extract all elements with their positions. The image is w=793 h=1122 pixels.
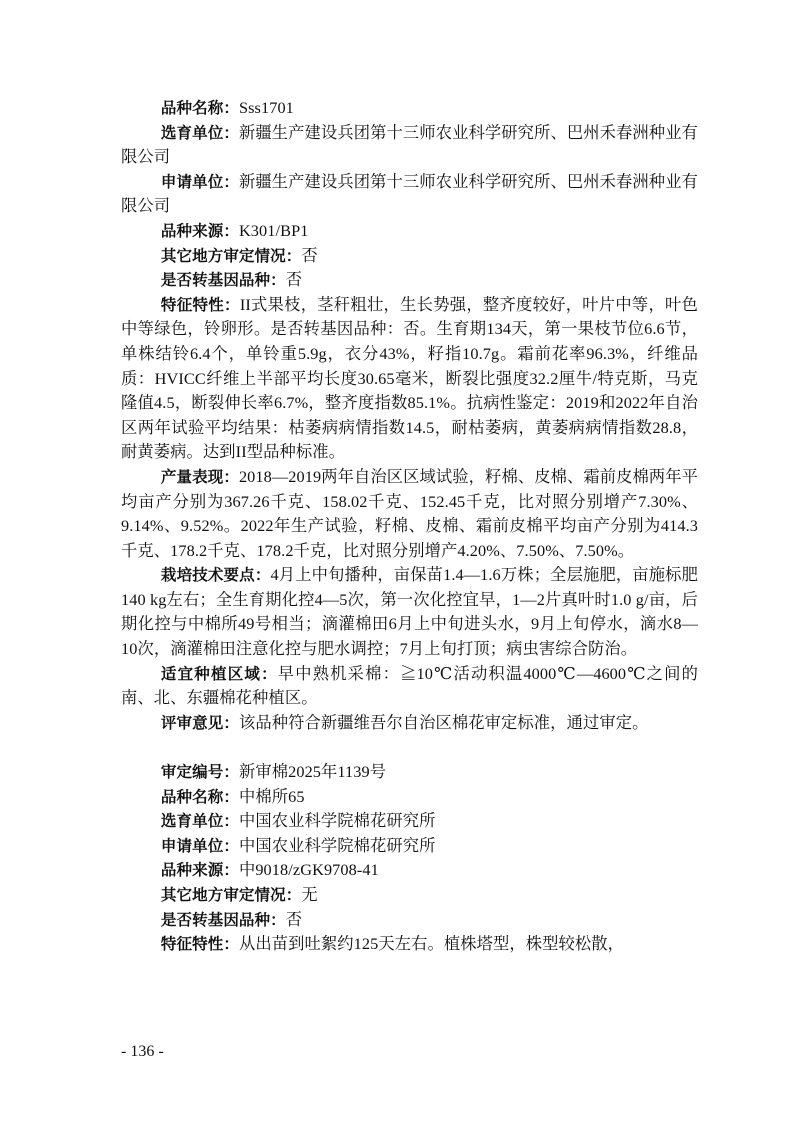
field-label: 品种名称： — [161, 99, 239, 117]
field-source: 品种来源：中9018/zGK9708-41 — [121, 858, 698, 883]
field-label: 申请单位： — [161, 173, 239, 191]
page-number: - 136 - — [121, 1043, 164, 1061]
field-review-opinion: 评审意见：该品种符合新疆维吾尔自治区棉花审定标准，通过审定。 — [121, 711, 698, 736]
field-breeder: 选育单位：新疆生产建设兵团第十三师农业科学研究所、巴州禾春洲种业有限公司 — [121, 121, 698, 170]
field-value: 否 — [286, 910, 302, 929]
field-other-approval: 其它地方审定情况：无 — [121, 883, 698, 908]
field-value: 否 — [301, 246, 317, 265]
document-page: 品种名称：Sss1701 选育单位：新疆生产建设兵团第十三师农业科学研究所、巴州… — [121, 96, 698, 957]
field-label: 是否转基因品种： — [161, 911, 286, 929]
variety-section-zhongmiansuo65: 审定编号：新审棉2025年1139号 品种名称：中棉所65 选育单位：中国农业科… — [121, 760, 698, 957]
field-value: 无 — [301, 885, 317, 904]
field-value: 新审棉2025年1139号 — [239, 762, 386, 781]
field-label: 是否转基因品种： — [161, 271, 286, 289]
field-label: 栽培技术要点： — [161, 566, 271, 584]
field-label: 产量表现： — [161, 468, 239, 486]
field-characteristics: 特征特性：II式果枝，茎秆粗壮，生长势强，整齐度较好，叶片中等，叶色中等绿色，铃… — [121, 293, 698, 465]
field-value: II式果枝，茎秆粗壮，生长势强，整齐度较好，叶片中等，叶色中等绿色，铃卵形。是否… — [121, 295, 698, 462]
field-characteristics: 特征特性：从出苗到吐絮约125天左右。植株塔型，株型较松散， — [121, 932, 698, 957]
field-label: 其它地方审定情况： — [161, 886, 301, 904]
field-value: 中棉所65 — [239, 787, 305, 806]
field-label: 品种名称： — [161, 788, 239, 806]
field-other-approval: 其它地方审定情况：否 — [121, 244, 698, 269]
section-spacer — [121, 735, 698, 760]
field-variety-name: 品种名称：中棉所65 — [121, 785, 698, 810]
field-cultivation: 栽培技术要点：4月上中旬播种，亩保苗1.4—1.6万株；全层施肥，亩施标肥140… — [121, 563, 698, 661]
field-applicant: 申请单位：中国农业科学院棉花研究所 — [121, 834, 698, 859]
field-variety-name: 品种名称：Sss1701 — [121, 96, 698, 121]
field-value: 从出苗到吐絮约125天左右。植株塔型，株型较松散， — [239, 934, 624, 953]
field-applicant: 申请单位：新疆生产建设兵团第十三师农业科学研究所、巴州禾春洲种业有限公司 — [121, 170, 698, 219]
field-value: 中国农业科学院棉花研究所 — [239, 836, 436, 855]
field-source: 品种来源：K301/BP1 — [121, 219, 698, 244]
field-label: 选育单位： — [161, 124, 239, 142]
variety-section-sss1701: 品种名称：Sss1701 选育单位：新疆生产建设兵团第十三师农业科学研究所、巴州… — [121, 96, 698, 735]
field-label: 选育单位： — [161, 812, 239, 830]
field-label: 其它地方审定情况： — [161, 247, 301, 265]
field-label: 特征特性： — [161, 935, 239, 953]
field-value: 中9018/zGK9708-41 — [239, 860, 379, 879]
field-label: 评审意见： — [161, 714, 239, 732]
field-label: 品种来源： — [161, 222, 239, 240]
field-label: 申请单位： — [161, 837, 239, 855]
field-value: 中国农业科学院棉花研究所 — [239, 811, 436, 830]
field-region: 适宜种植区域：早中熟机采棉：≧10℃活动积温4000℃—4600℃之间的南、北、… — [121, 662, 698, 711]
field-label: 审定编号： — [161, 763, 239, 781]
field-label: 品种来源： — [161, 861, 239, 879]
field-value: 该品种符合新疆维吾尔自治区棉花审定标准，通过审定。 — [239, 713, 649, 732]
field-approval-number: 审定编号：新审棉2025年1139号 — [121, 760, 698, 785]
field-value: K301/BP1 — [239, 221, 309, 240]
field-gmo: 是否转基因品种：否 — [121, 908, 698, 933]
field-gmo: 是否转基因品种：否 — [121, 268, 698, 293]
field-value: 否 — [286, 270, 302, 289]
field-label: 特征特性： — [161, 296, 240, 314]
field-breeder: 选育单位：中国农业科学院棉花研究所 — [121, 809, 698, 834]
field-value: Sss1701 — [239, 98, 294, 117]
field-label: 适宜种植区域： — [161, 665, 278, 683]
field-yield: 产量表现：2018—2019两年自治区区域试验，籽棉、皮棉、霜前皮棉两年平均亩产… — [121, 465, 698, 563]
